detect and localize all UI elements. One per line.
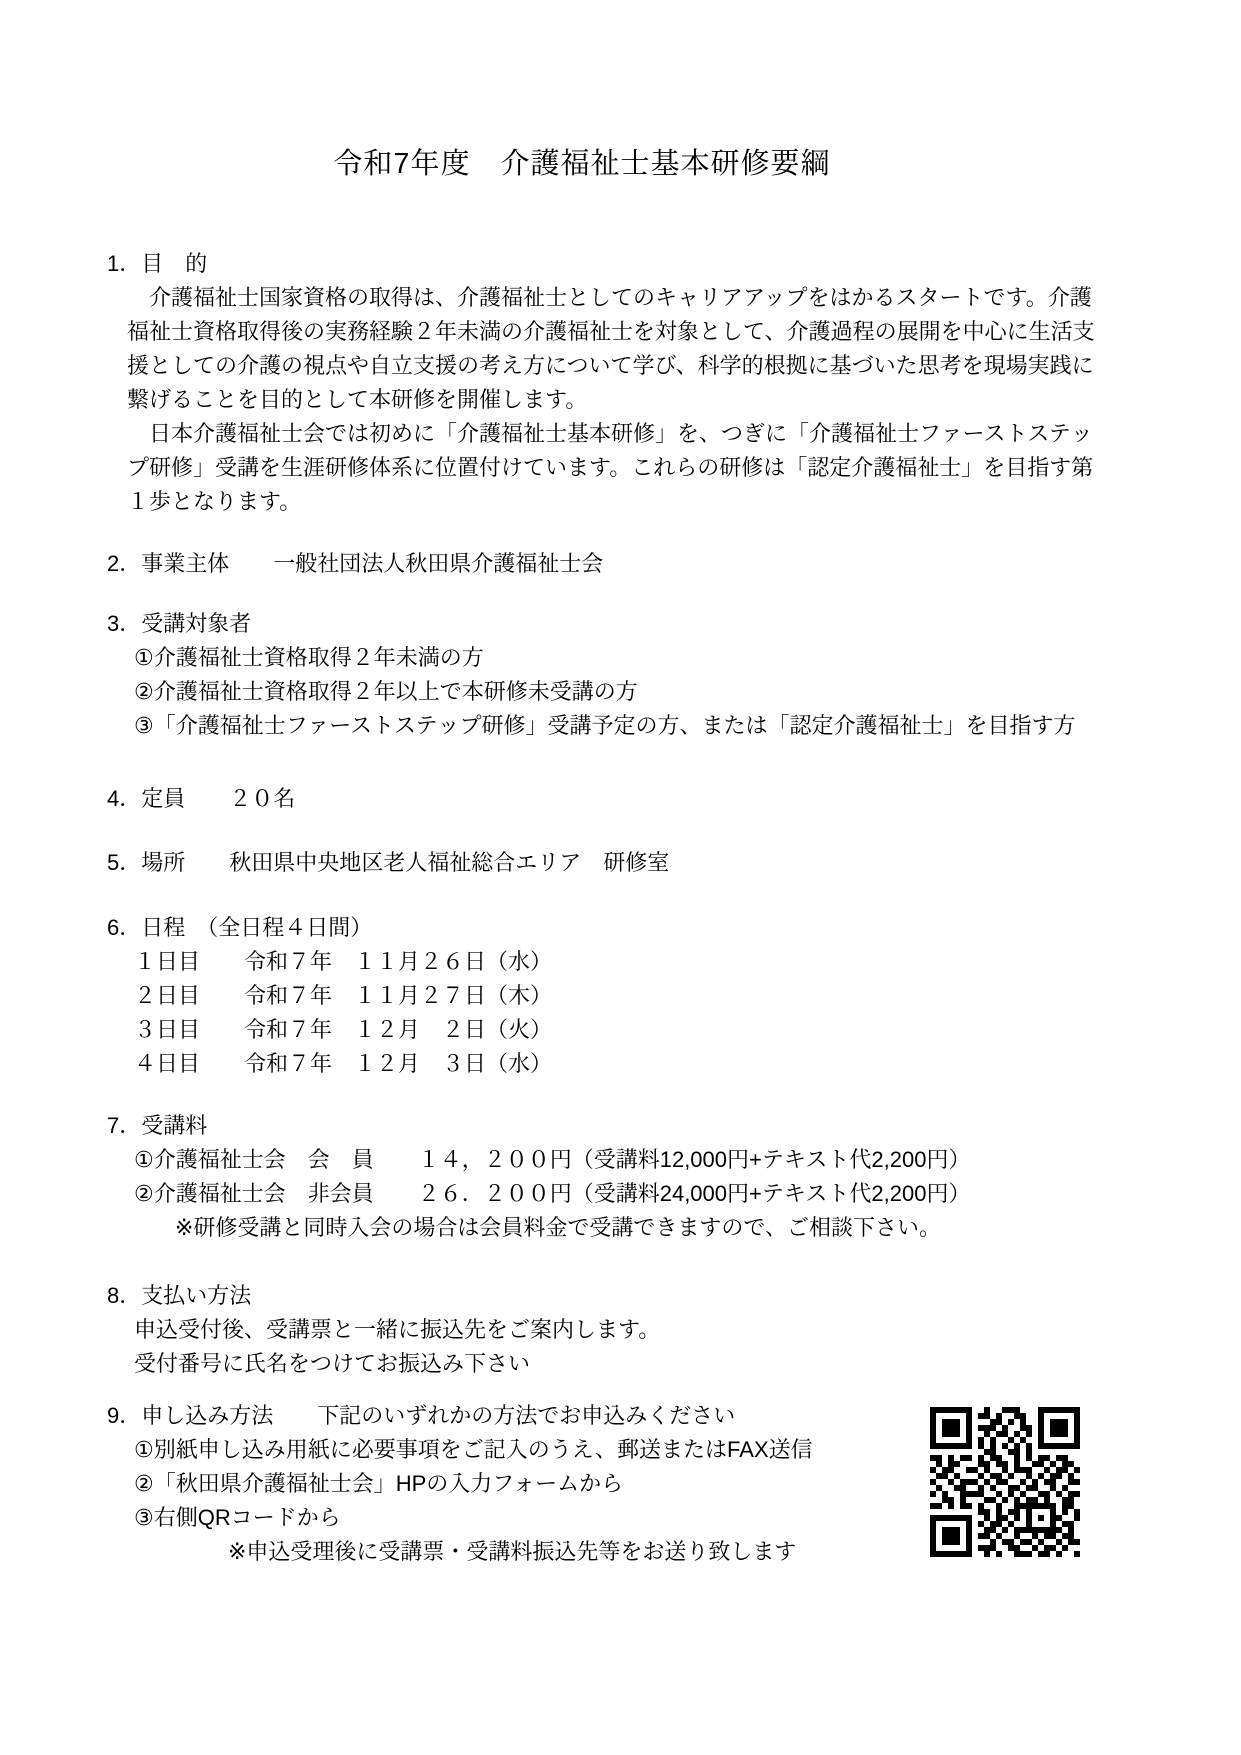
section-venue: 5．場所 秋田県中央地区老人福祉総合エリア 研修室 [107, 846, 1241, 880]
body-line: 日本介護福祉士会では初めに「介護福祉士基本研修」を、つぎに「介護福祉士ファースト… [127, 417, 1241, 451]
section-payment: 8．支払い方法 申込受付後、受講票と一緒に振込先をご案内します。 受付番号に氏名… [107, 1279, 1241, 1381]
list-item: ①介護福祉士資格取得２年未満の方 [134, 641, 1241, 675]
body-line: 介護福祉士国家資格の取得は、介護福祉士としてのキャリアアップをはかるスタートです… [127, 281, 1241, 315]
section-purpose: 1．目 的 介護福祉士国家資格の取得は、介護福祉士としてのキャリアアップをはかる… [107, 247, 1241, 519]
section-fee: 7．受講料 ①介護福祉士会 会 員 １４，２００円（受講料12,000円+テキス… [107, 1109, 1241, 1245]
schedule-day: ４日目 令和７年 １２月 ３日（水） [134, 1047, 1241, 1081]
section-capacity: 4．定員 ２０名 [107, 782, 1241, 816]
section-heading: 5．場所 秋田県中央地区老人福祉総合エリア 研修室 [107, 846, 1241, 880]
list-item: ②介護福祉士会 非会員 ２６．２００円（受講料24,000円+テキスト代2,20… [134, 1177, 1241, 1211]
body-line: 申込受付後、受講票と一緒に振込先をご案内します。 [134, 1313, 1241, 1347]
body-line: 受付番号に氏名をつけてお振込み下さい [134, 1347, 1241, 1381]
section-heading: 6．日程 （全日程４日間） [107, 911, 1241, 945]
schedule-day: １日目 令和７年 １１月２６日（水） [134, 945, 1241, 979]
section-heading: 4．定員 ２０名 [107, 782, 1241, 816]
schedule-day: ３日目 令和７年 １２月 ２日（火） [134, 1013, 1241, 1047]
list-item: ①介護福祉士会 会 員 １４，２００円（受講料12,000円+テキスト代2,20… [134, 1143, 1241, 1177]
section-heading: 1．目 的 [107, 247, 1241, 281]
section-heading: 8．支払い方法 [107, 1279, 1241, 1313]
section-organizer: 2．事業主体 一般社団法人秋田県介護福祉士会 [107, 547, 1241, 581]
list-item: ②介護福祉士資格取得２年以上で本研修未受講の方 [134, 675, 1241, 709]
note-line: ※研修受講と同時入会の場合は会員料金で受講できますので、ご相談下さい。 [175, 1211, 1241, 1245]
section-schedule: 6．日程 （全日程４日間） １日目 令和７年 １１月２６日（水） ２日目 令和７… [107, 911, 1241, 1081]
section-heading: 2．事業主体 一般社団法人秋田県介護福祉士会 [107, 547, 1241, 581]
note-line: ※申込受理後に受講票・受講料振込先等をお送り致します [228, 1535, 1241, 1569]
qr-code [930, 1407, 1080, 1557]
body-line: 繋げることを目的として本研修を開催します。 [127, 383, 1241, 417]
schedule-day: ２日目 令和７年 １１月２７日（木） [134, 979, 1241, 1013]
body-line: 援としての介護の視点や自立支援の考え方について学び、科学的根拠に基づいた思考を現… [127, 349, 1241, 383]
section-eligibility: 3．受講対象者 ①介護福祉士資格取得２年未満の方 ②介護福祉士資格取得２年以上で… [107, 607, 1241, 743]
body-line: １歩となります。 [127, 485, 1241, 519]
section-heading: 3．受講対象者 [107, 607, 1241, 641]
document-page: 令和7年度 介護福祉士基本研修要綱 1．目 的 介護福祉士国家資格の取得は、介護… [0, 0, 1241, 1755]
body-line: プ研修」受講を生涯研修体系に位置付けています。これらの研修は「認定介護福祉士」を… [127, 451, 1241, 485]
document-title: 令和7年度 介護福祉士基本研修要綱 [0, 142, 1164, 186]
body-line: 福祉士資格取得後の実務経験２年未満の介護福祉士を対象として、介護過程の展開を中心… [127, 315, 1241, 349]
list-item: ③「介護福祉士ファーストステップ研修」受講予定の方、または「認定介護福祉士」を目… [134, 709, 1241, 743]
section-heading: 7．受講料 [107, 1109, 1241, 1143]
